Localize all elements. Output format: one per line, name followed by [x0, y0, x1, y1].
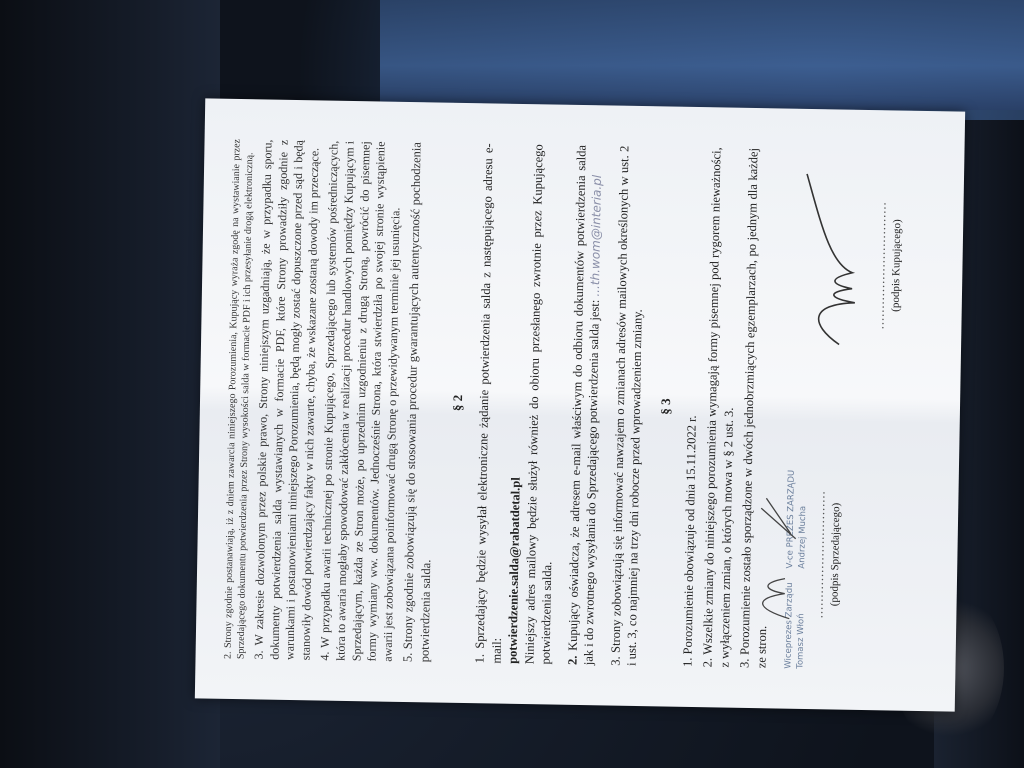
- item-number: 2.: [223, 651, 234, 659]
- list-item: 2. Kupujący oświadcza, że adresem e-mail…: [564, 145, 606, 666]
- document-photo: 2. Strony zgodnie postanawiają, iż z dni…: [190, 55, 970, 755]
- item-number: 4.: [318, 651, 332, 660]
- buyer-signature-label: (podpis Kupującego): [887, 150, 906, 380]
- section3-heading: § 3: [652, 146, 678, 666]
- item-text: Sprzedający będzie wysyłał elektroniczne…: [473, 143, 504, 663]
- list-item: 2. Wszelkie zmiany do niniejszego porozu…: [700, 147, 742, 667]
- list-item: 4. W przypadku awarii technicznej po str…: [318, 141, 405, 662]
- seller-signature-label: (podpis Sprzedającego): [826, 439, 845, 669]
- item-number: 1.: [472, 654, 486, 664]
- item-number: 3.: [738, 658, 752, 668]
- item-number: 2.: [701, 658, 715, 668]
- seller-email: potwierdzenie.salda@rabatdetal.pl: [505, 477, 522, 664]
- section2-list: 1. Sprzedający będzie wysyłał elektronic…: [471, 143, 649, 666]
- item-number: 5.: [401, 653, 415, 663]
- item-text: Strony zgodnie postanawiają, iż z dniem …: [223, 139, 256, 659]
- seller-signature-icon: [745, 468, 808, 629]
- list-item: 3. Strony zobowiązują się informować naw…: [607, 146, 649, 666]
- item-text: Strony zgodnie zobowiązują się do stosow…: [401, 142, 433, 662]
- item-text: W przypadku awarii technicznej po stroni…: [318, 141, 402, 662]
- list-item: 5. Strony zgodnie zobowiązują się do sto…: [400, 142, 442, 662]
- document-page: 2. Strony zgodnie postanawiają, iż z dni…: [195, 98, 965, 711]
- list-item: 1. Sprzedający będzie wysyłał elektronic…: [471, 143, 563, 664]
- list-item: 3. W zakresie dozwolonym przez polskie p…: [252, 139, 323, 660]
- item-text: Wszelkie zmiany do niniejszego porozumie…: [701, 147, 736, 667]
- item-text: Niniejszy adres mailowy będzie służył ró…: [522, 144, 554, 664]
- item-number: 2.: [565, 655, 579, 665]
- background-fabric: [0, 0, 220, 768]
- signatures: Wiceprezes Zarządu Tomasz Włoń V-ce PREZ…: [784, 149, 906, 671]
- buyer-email-handwritten: ...th.wom@interia.pl: [588, 175, 604, 297]
- item-text: W zakresie dozwolonym przez polskie praw…: [252, 139, 321, 660]
- item-text: Strony zobowiązują się informować nawzaj…: [609, 146, 645, 666]
- section2-heading: § 2: [444, 143, 470, 663]
- seller-signature-block: Wiceprezes Zarządu Tomasz Włoń V-ce PREZ…: [784, 439, 901, 671]
- item-number: 3.: [608, 656, 622, 666]
- section1-list: 2. Strony zgodnie postanawiają, iż z dni…: [222, 139, 442, 663]
- list-item: 2. Strony zgodnie postanawiają, iż z dni…: [222, 139, 257, 659]
- buyer-signature-icon: [799, 164, 872, 365]
- item-number: 1.: [680, 657, 694, 667]
- item-number: 3.: [252, 650, 266, 659]
- item-text: Porozumienie obowiązuje od dnia 15.11.20…: [681, 415, 699, 654]
- buyer-signature-block: ............................... (podpis …: [799, 149, 906, 381]
